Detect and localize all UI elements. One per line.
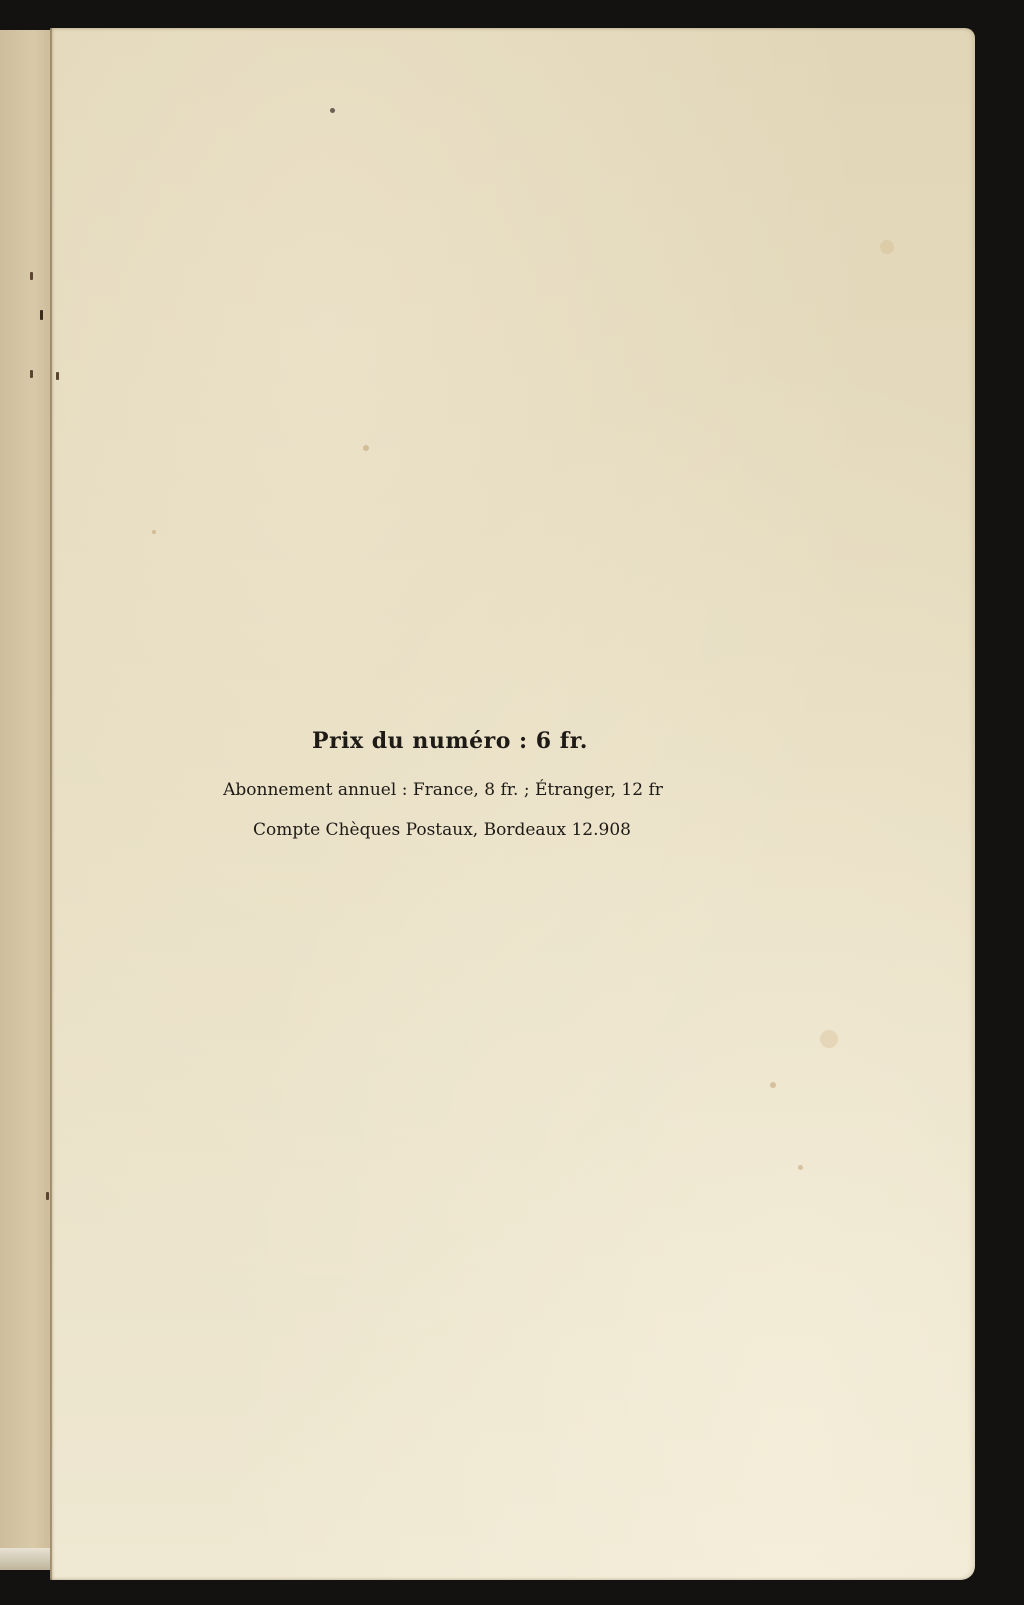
paper-stain xyxy=(820,1030,838,1048)
paper-spot xyxy=(798,1165,803,1170)
stitch-mark xyxy=(30,370,33,378)
left-page-bottom-strip xyxy=(0,1548,56,1570)
stitch-hole xyxy=(40,310,43,320)
binding-spine xyxy=(50,28,52,1580)
paper-spot xyxy=(363,445,369,451)
stitch-mark xyxy=(30,272,33,280)
paper-spot xyxy=(330,108,335,113)
left-page-edge xyxy=(0,30,56,1570)
annual-subscription: Abonnement annuel : France, 8 fr. ; Étra… xyxy=(198,780,688,800)
document-page xyxy=(50,28,975,1580)
paper-spot xyxy=(152,530,156,534)
paper-stain xyxy=(880,240,894,254)
stitch-mark xyxy=(46,1192,49,1200)
postal-account: Compte Chèques Postaux, Bordeaux 12.908 xyxy=(244,820,640,840)
price-per-issue: Prix du numéro : 6 fr. xyxy=(300,728,600,754)
paper-spot xyxy=(770,1082,776,1088)
stitch-mark xyxy=(56,372,59,380)
